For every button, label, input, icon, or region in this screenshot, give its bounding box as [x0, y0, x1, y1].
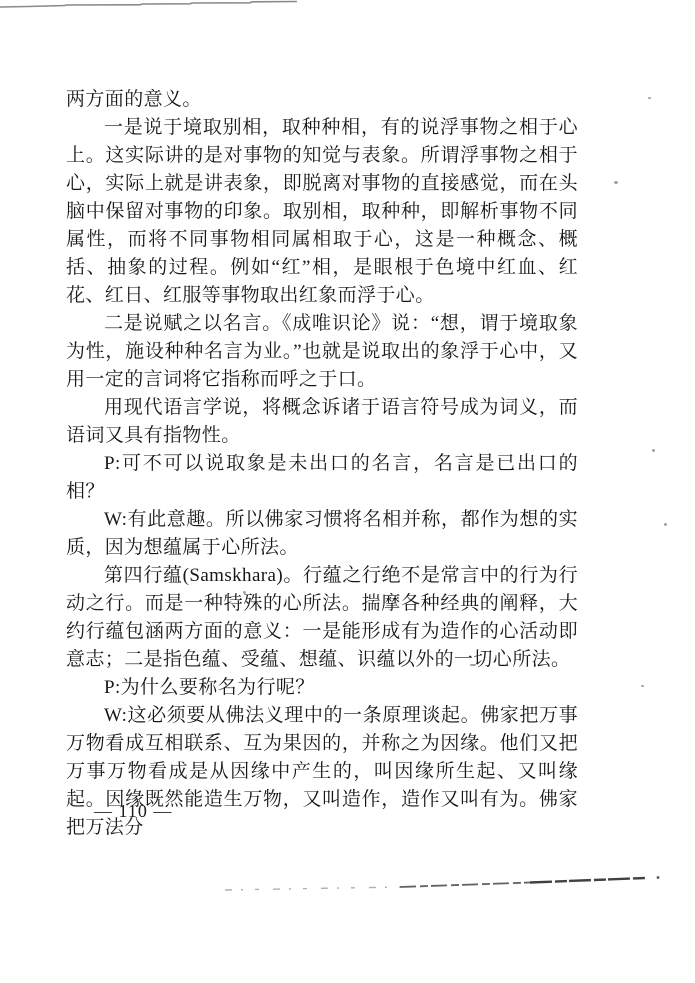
paragraph-body: 第四行蕴(Samskhara)。行蕴之行绝不是常言中的行为行动之行。而是一种特殊…	[66, 562, 578, 674]
paragraph-body: 一是说于境取别相，取种种相，有的说浮事物之相于心上。这实际讲的是对事物的知觉与表…	[66, 114, 578, 310]
scan-artifact-top-edge	[0, 0, 300, 12]
scan-speck	[648, 97, 651, 99]
paragraph-body: 用现代语言学说，将概念诉诸于语言符号成为词义，而语词又具有指物性。	[66, 394, 578, 450]
dialogue-question-paragraph: P:为什么要称名为行呢？	[66, 674, 578, 702]
scan-speck	[652, 449, 655, 452]
scan-speck	[470, 664, 476, 666]
paragraph-body: 二是说赋之以名言。《成唯识论》说：“想，谓于境取象为性，施设种种名言为业。”也就…	[66, 310, 578, 394]
scan-speck	[614, 181, 618, 184]
paragraph-continuation: 两方面的意义。	[66, 86, 578, 114]
scan-speck	[243, 591, 246, 594]
scan-speck	[664, 523, 667, 526]
dialogue-answer-paragraph: W:有此意趣。所以佛家习惯将名相并称，都作为想的实质，因为想蕴属于心所法。	[66, 506, 578, 562]
page-number: — 110 —	[94, 801, 172, 822]
book-page: 两方面的意义。 一是说于境取别相，取种种相，有的说浮事物之相于心上。这实际讲的是…	[0, 0, 695, 983]
scan-artifact-bottom-edge	[200, 868, 670, 898]
scan-speck	[641, 685, 644, 687]
scan-speck	[568, 179, 570, 183]
dialogue-question-paragraph: P:可不可以说取象是未出口的名言，名言是已出口的相？	[66, 450, 578, 506]
text-block: 两方面的意义。 一是说于境取别相，取种种相，有的说浮事物之相于心上。这实际讲的是…	[66, 86, 578, 842]
